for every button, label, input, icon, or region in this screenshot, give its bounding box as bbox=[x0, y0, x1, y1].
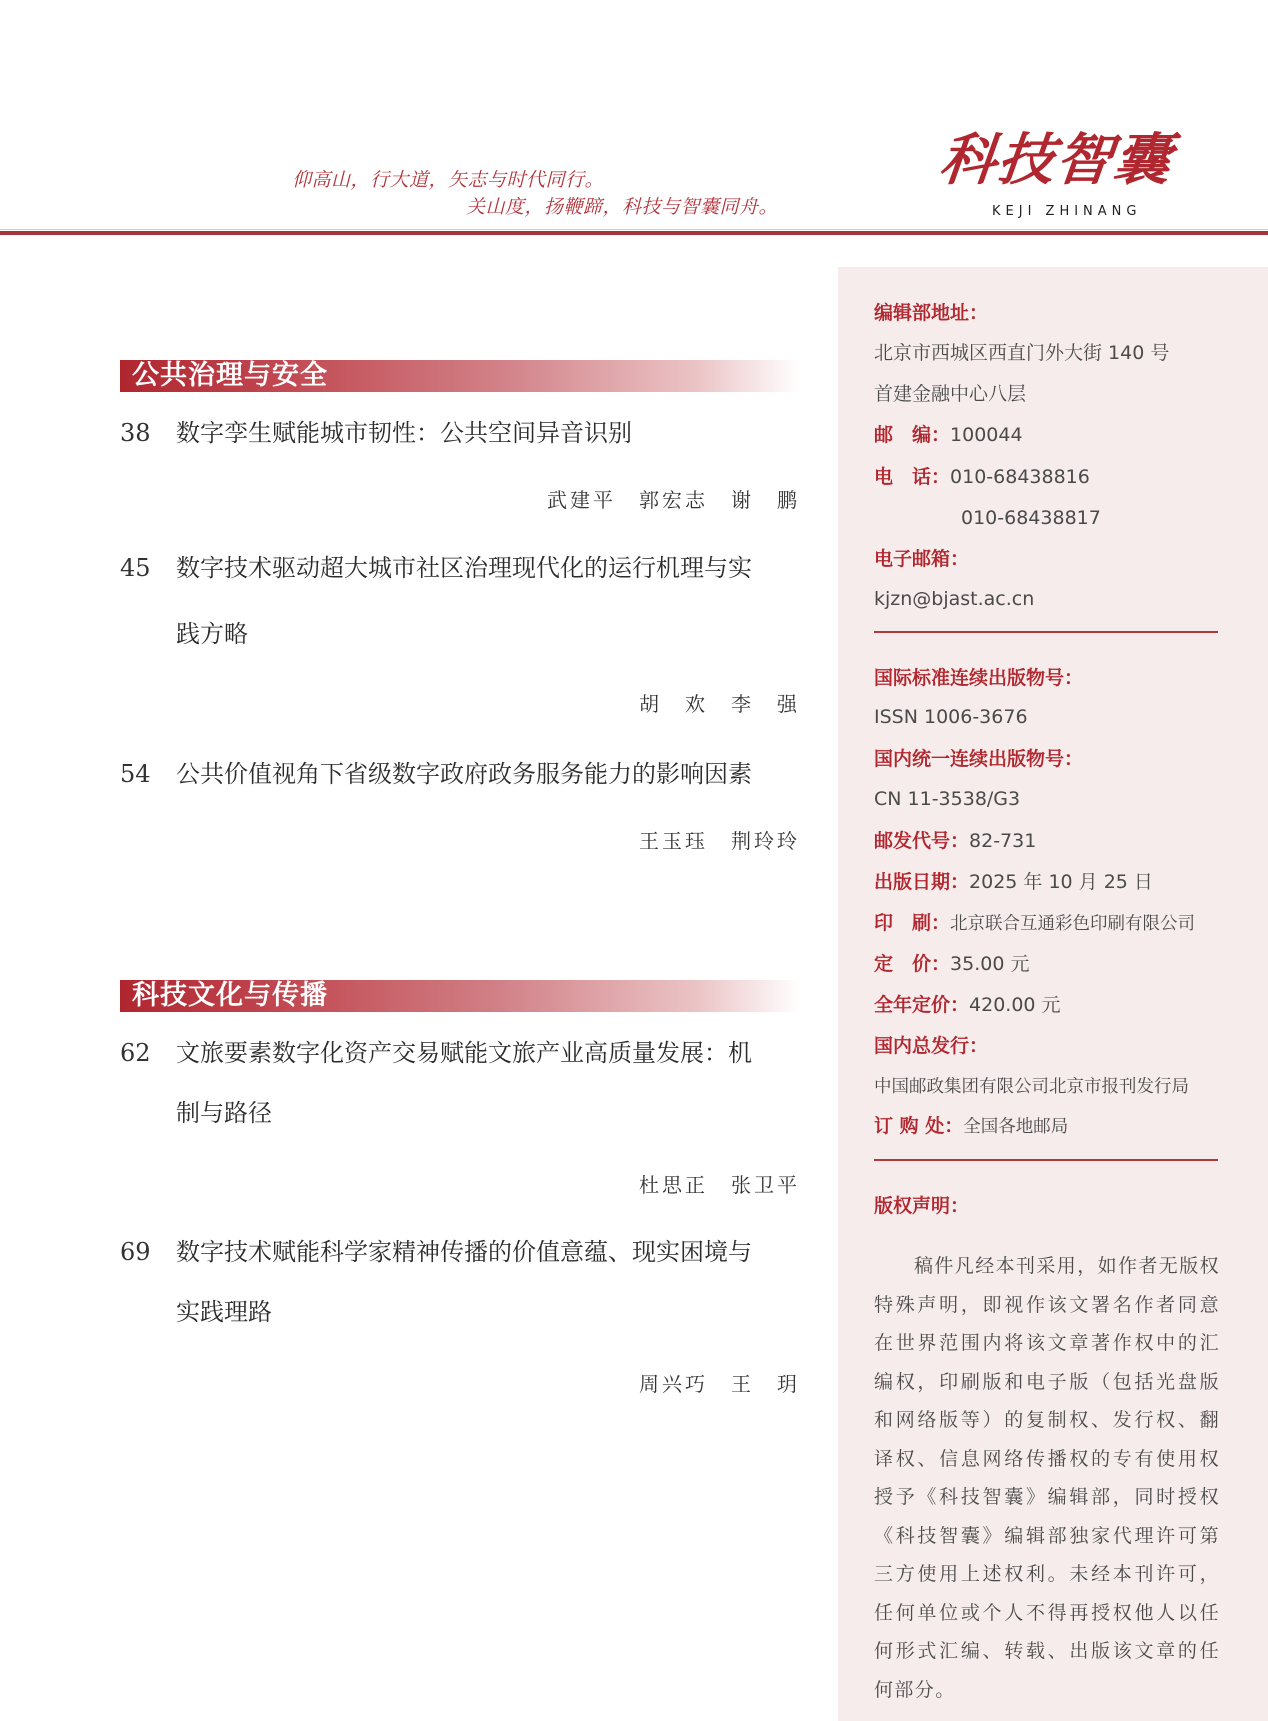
toc-entry[interactable]: 54 公共价值视角下省级数字政府政务服务能力的影响因素 王玉珏 荆玲玲 bbox=[120, 759, 800, 859]
copyright-notice: 稿件凡经本刊采用，如作者无版权特殊声明，即视作该文署名作者同意在世界范围内将该文… bbox=[874, 1247, 1220, 1709]
pub-date-value: 2025 年 10 月 25 日 bbox=[969, 871, 1153, 893]
sidebar-divider bbox=[874, 1159, 1218, 1161]
article-title: 数字孪生赋能城市韧性：公共空间异音识别 bbox=[176, 418, 816, 448]
email-link[interactable]: kjzn@bjast.ac.cn bbox=[874, 588, 1034, 610]
postal-code-value: 82-731 bbox=[969, 830, 1036, 852]
article-authors: 周兴巧 王 玥 bbox=[639, 1368, 800, 1397]
page-number: 69 bbox=[120, 1237, 151, 1267]
section-title: 公共治理与安全 bbox=[132, 359, 328, 393]
page-number: 54 bbox=[120, 759, 151, 789]
toc-entry[interactable]: 69 数字技术赋能科学家精神传播的价值意蕴、现实困境与 实践理路 周兴巧 王 玥 bbox=[120, 1237, 800, 1397]
article-title-line-2: 制与路径 bbox=[176, 1098, 816, 1128]
article-title-line-1: 公共价值视角下省级数字政府政务服务能力的影响因素 bbox=[176, 760, 752, 788]
article-authors: 王玉珏 荆玲玲 bbox=[639, 825, 800, 854]
pub-date-label: 出版日期： bbox=[874, 871, 969, 893]
table-of-contents: 公共治理与安全 38 数字孪生赋能城市韧性：公共空间异音识别 武建平 郭宏志 谢… bbox=[0, 0, 820, 1721]
printer-value: 北京联合互通彩色印刷有限公司 bbox=[950, 914, 1195, 934]
article-title-line-1: 数字孪生赋能城市韧性：公共空间异音识别 bbox=[176, 419, 632, 447]
section-header-sci-tech-culture: 科技文化与传播 bbox=[120, 980, 800, 1012]
distributor-heading: 国内总发行： bbox=[874, 1033, 988, 1059]
annual-price-label: 全年定价： bbox=[874, 994, 969, 1016]
postcode-label: 邮 编： bbox=[874, 424, 950, 446]
distributor-row: 中国邮政集团有限公司北京市报刊发行局 bbox=[874, 1073, 1189, 1100]
subscribe-row: 订 购 处：全国各地邮局 bbox=[874, 1113, 1068, 1140]
price-label: 定 价： bbox=[874, 953, 950, 975]
article-title-line-2: 践方略 bbox=[176, 619, 816, 649]
address-line-2: 首建金融中心八层 bbox=[874, 381, 1026, 407]
page-number: 38 bbox=[120, 418, 151, 448]
copyright-heading: 版权声明： bbox=[874, 1193, 969, 1219]
logo-chinese-title: 科技智囊 bbox=[937, 128, 1176, 192]
phone-row-2: 010-68438817 bbox=[961, 505, 1101, 531]
article-title: 公共价值视角下省级数字政府政务服务能力的影响因素 bbox=[176, 759, 816, 789]
printer-label: 印 刷： bbox=[874, 912, 950, 934]
annual-price-value: 420.00 元 bbox=[969, 994, 1061, 1016]
phone-value-2: 010-68438817 bbox=[961, 507, 1101, 529]
issn-value-row: ISSN 1006-3676 bbox=[874, 704, 1028, 730]
article-title-line-1: 文旅要素数字化资产交易赋能文旅产业高质量发展：机 bbox=[176, 1039, 752, 1067]
article-authors: 武建平 郭宏志 谢 鹏 bbox=[547, 484, 800, 513]
cn-heading: 国内统一连续出版物号： bbox=[874, 746, 1083, 772]
postal-code-row: 邮发代号：82-731 bbox=[874, 828, 1036, 854]
sidebar-divider bbox=[874, 631, 1218, 633]
address-line-1: 北京市西城区西直门外大街 140 号 bbox=[874, 340, 1169, 366]
section-header-public-governance: 公共治理与安全 bbox=[120, 360, 800, 392]
logo-pinyin-title: KEJI ZHINANG bbox=[992, 204, 1141, 219]
page-number: 45 bbox=[120, 553, 151, 583]
toc-entry[interactable]: 38 数字孪生赋能城市韧性：公共空间异音识别 武建平 郭宏志 谢 鹏 bbox=[120, 418, 800, 518]
printer-row: 印 刷：北京联合互通彩色印刷有限公司 bbox=[874, 910, 1195, 937]
subscribe-value: 全国各地邮局 bbox=[963, 1117, 1068, 1137]
article-title-line-1: 数字技术驱动超大城市社区治理现代化的运行机理与实 bbox=[176, 554, 752, 582]
issn-value: ISSN 1006-3676 bbox=[874, 706, 1028, 728]
publication-info-sidebar: 编辑部地址： 北京市西城区西直门外大街 140 号 首建金融中心八层 邮 编：1… bbox=[838, 267, 1268, 1721]
article-title-line-1: 数字技术赋能科学家精神传播的价值意蕴、现实困境与 bbox=[176, 1238, 752, 1266]
issn-heading: 国际标准连续出版物号： bbox=[874, 665, 1083, 691]
email-row: kjzn@bjast.ac.cn bbox=[874, 586, 1034, 612]
page-number: 62 bbox=[120, 1038, 151, 1068]
cn-value: CN 11-3538/G3 bbox=[874, 788, 1020, 810]
article-authors: 胡 欢 李 强 bbox=[639, 688, 800, 717]
article-authors: 杜思正 张卫平 bbox=[639, 1169, 800, 1198]
price-row: 定 价：35.00 元 bbox=[874, 951, 1029, 977]
distributor-value: 中国邮政集团有限公司北京市报刊发行局 bbox=[874, 1077, 1189, 1097]
article-title: 数字技术赋能科学家精神传播的价值意蕴、现实困境与 实践理路 bbox=[176, 1237, 816, 1327]
annual-price-row: 全年定价：420.00 元 bbox=[874, 992, 1061, 1018]
toc-entry[interactable]: 62 文旅要素数字化资产交易赋能文旅产业高质量发展：机 制与路径 杜思正 张卫平 bbox=[120, 1038, 800, 1198]
journal-logo: 科技智囊 KEJI ZHINANG bbox=[940, 128, 1180, 228]
postcode-value: 100044 bbox=[950, 424, 1023, 446]
phone-row: 电 话：010-68438816 bbox=[874, 464, 1090, 490]
toc-entry[interactable]: 45 数字技术驱动超大城市社区治理现代化的运行机理与实 践方略 胡 欢 李 强 bbox=[120, 553, 800, 713]
article-title-line-2: 实践理路 bbox=[176, 1297, 816, 1327]
article-title: 文旅要素数字化资产交易赋能文旅产业高质量发展：机 制与路径 bbox=[176, 1038, 816, 1128]
section-title: 科技文化与传播 bbox=[132, 979, 328, 1013]
postal-code-label: 邮发代号： bbox=[874, 830, 969, 852]
article-title: 数字技术驱动超大城市社区治理现代化的运行机理与实 践方略 bbox=[176, 553, 816, 649]
subscribe-label: 订 购 处： bbox=[874, 1115, 963, 1137]
email-heading: 电子邮箱： bbox=[874, 546, 969, 572]
phone-value-1: 010-68438816 bbox=[950, 466, 1090, 488]
cn-value-row: CN 11-3538/G3 bbox=[874, 786, 1020, 812]
address-heading: 编辑部地址： bbox=[874, 300, 988, 326]
pub-date-row: 出版日期：2025 年 10 月 25 日 bbox=[874, 869, 1153, 895]
price-value: 35.00 元 bbox=[950, 953, 1029, 975]
phone-label: 电 话： bbox=[874, 466, 950, 488]
postcode-row: 邮 编：100044 bbox=[874, 422, 1023, 448]
